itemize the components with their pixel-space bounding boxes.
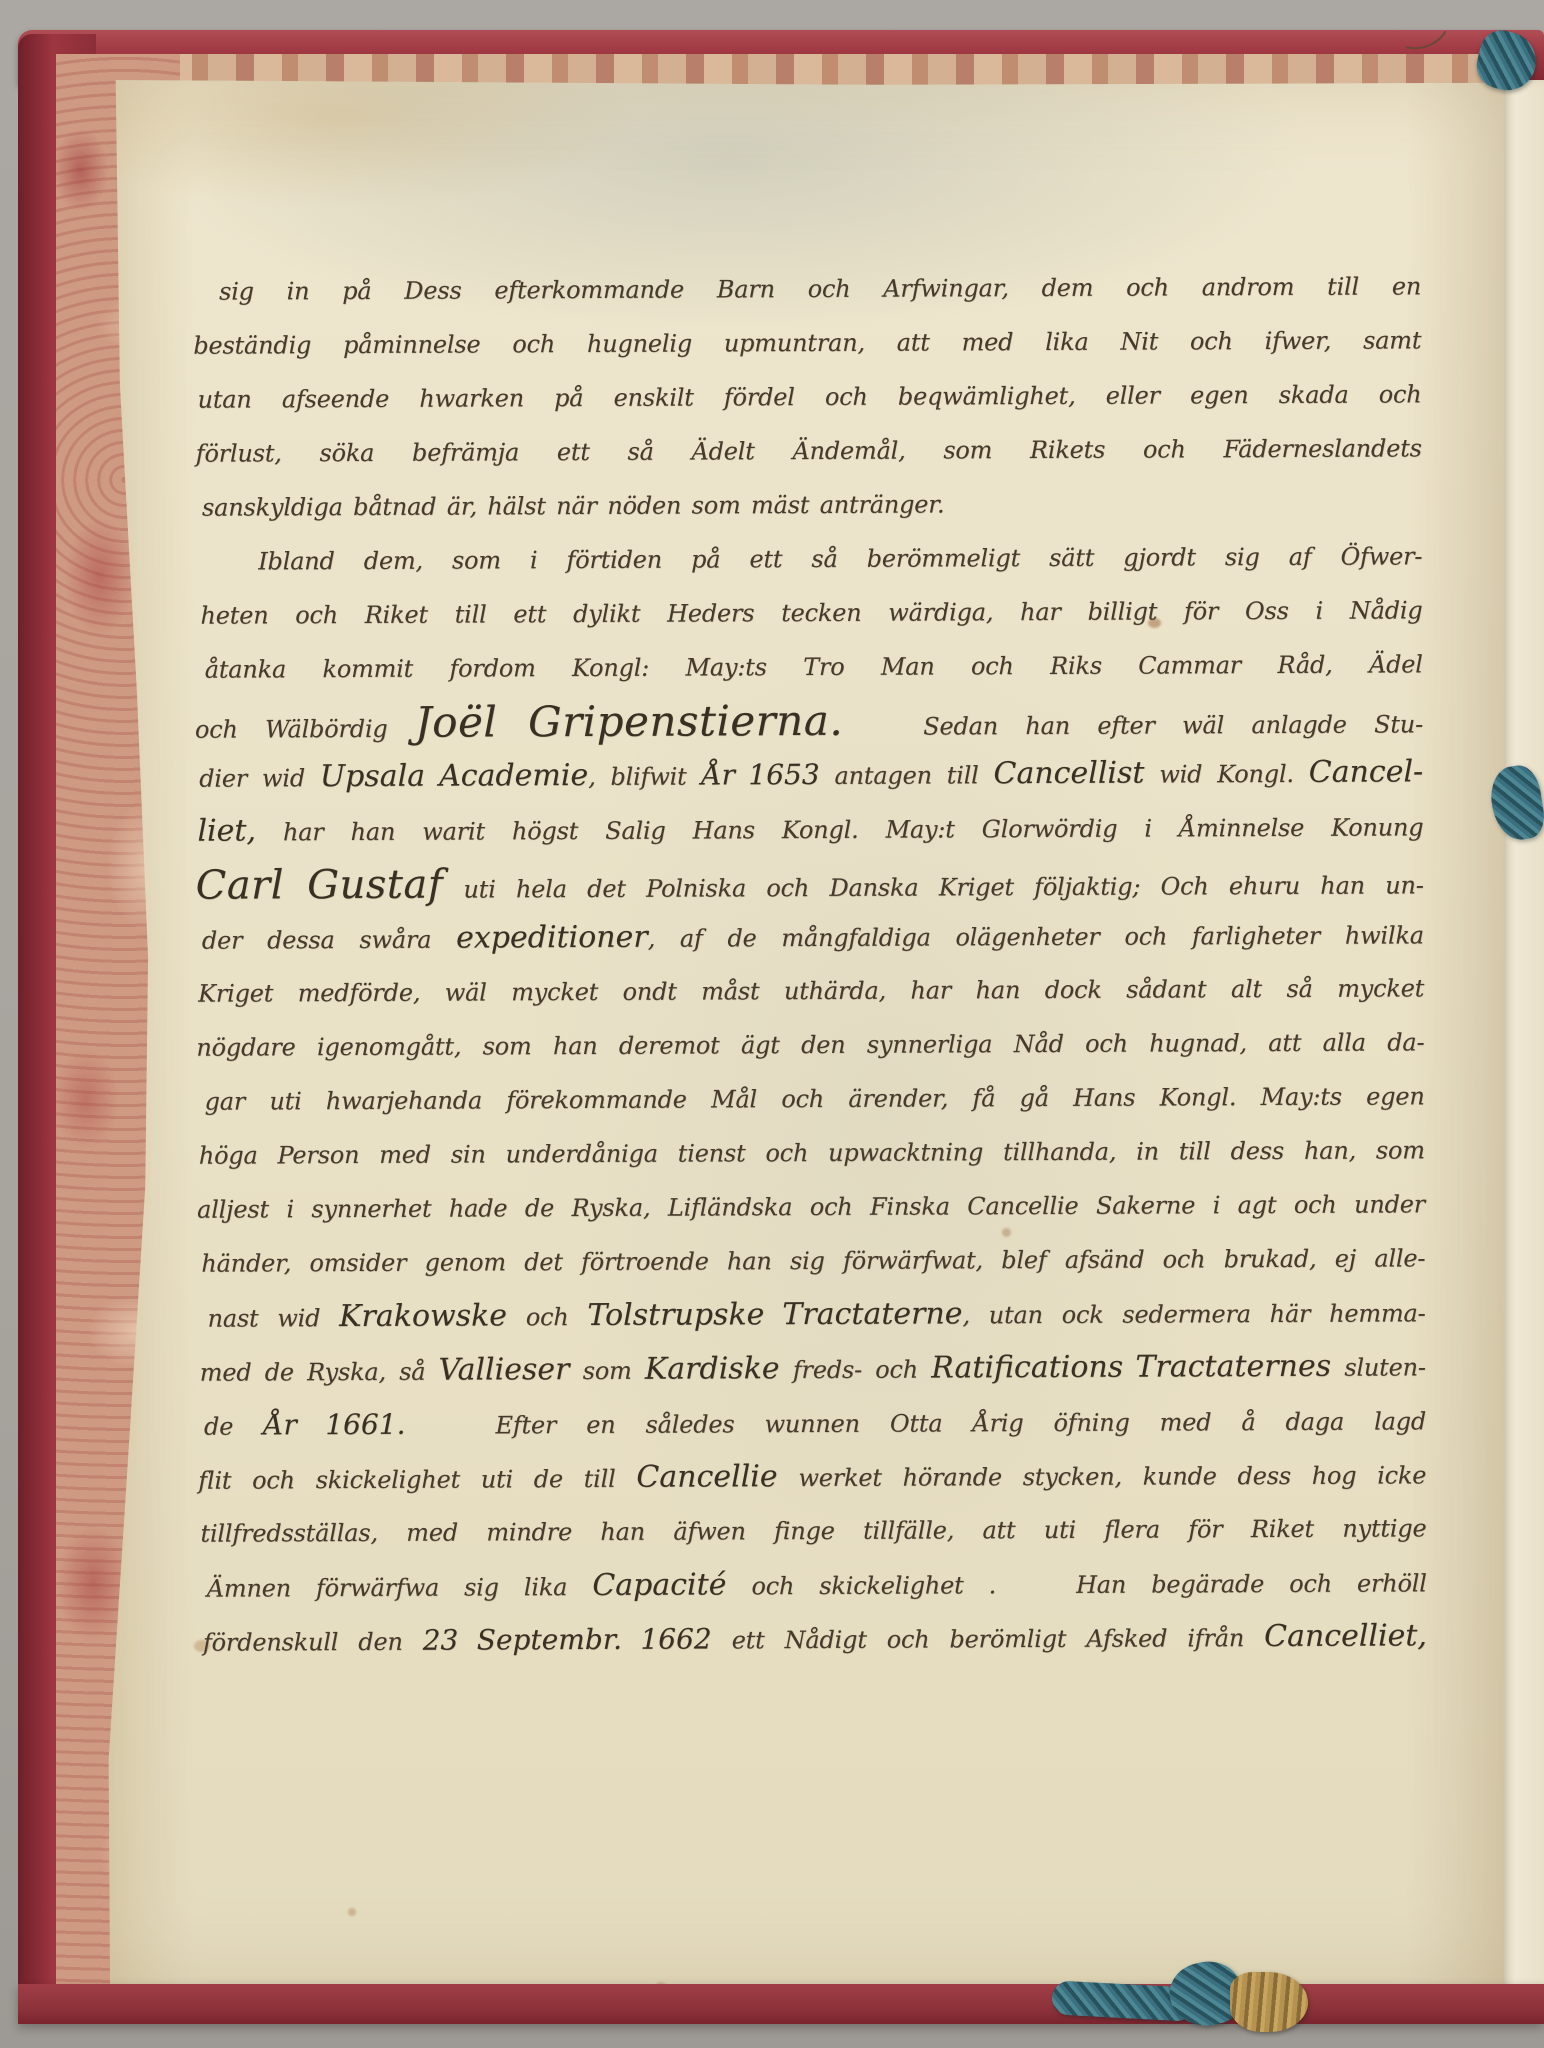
manuscript-line: utan afseende hwarken på enskilt fördel … [193, 367, 1421, 426]
manuscript-segment: sluten- [1331, 1353, 1426, 1381]
manuscript-line: tillfredsställas, med mindre han äfwen f… [198, 1501, 1426, 1560]
manuscript-segment: antagen till [820, 761, 994, 790]
manuscript-segment: wid Kongl. [1144, 760, 1308, 789]
manuscript-segment: dier wid [199, 764, 320, 793]
manuscript-segment: med de Ryska, så [200, 1358, 439, 1387]
manuscript-line: med de Ryska, så Vallieser som Kardiske … [198, 1339, 1426, 1398]
manuscript-segment: beständig påminnelse och hugnelig upmunt… [193, 326, 1421, 359]
manuscript-segment: Upsala Academie [320, 758, 588, 794]
manuscript-segment: och Wälbördig [195, 715, 415, 744]
manuscript-segment: , blifwit [588, 762, 701, 790]
foxing-stain [348, 1908, 356, 1916]
manuscript-line: nast wid Krakowske och Tolstrupske Tract… [197, 1285, 1425, 1344]
manuscript-line: höga Person med sin underdåniga tienst o… [197, 1123, 1425, 1182]
manuscript-segment: Capacité [592, 1567, 726, 1603]
manuscript-line: och Wälbördig Joël Gripenstierna.Sedan h… [195, 691, 1423, 750]
manuscript-segment: , utan ock sedermera här hemma- [962, 1299, 1425, 1329]
manuscript-segment: Carl Gustaf [196, 862, 444, 909]
manuscript-segment: händer, omsider genom det förtroende han… [201, 1244, 1425, 1277]
manuscript-line: gar uti hwarjehanda förekommande Mål och… [196, 1069, 1424, 1128]
manuscript-segment: flit och skickelighet uti de till [198, 1465, 636, 1495]
manuscript-segment: nast wid [207, 1304, 339, 1333]
manuscript-segment: de [204, 1412, 263, 1440]
manuscript-segment: gar uti hwarjehanda förekommande Mål och… [205, 1082, 1425, 1115]
manuscript-line: heten och Riket till ett dylikt Heders t… [194, 583, 1422, 642]
manuscript-segment: Joël Gripenstierna. [415, 696, 844, 747]
tassel-fringe [1230, 1972, 1308, 2032]
manuscript-segment: År 1653 [701, 758, 819, 792]
manuscript-segment: alljest i synnerhet hade de Ryska, Liflä… [197, 1190, 1425, 1223]
manuscript-line: beständig påminnelse och hugnelig upmunt… [193, 313, 1421, 372]
manuscript-segment: och skickelighet . [726, 1571, 996, 1600]
facing-page-edge [1498, 80, 1544, 1988]
manuscript-segment: fördenskull den [203, 1628, 423, 1657]
manuscript-text: sig in på Dess efterkommande Barn och Ar… [193, 259, 1427, 1668]
manuscript-line: de År 1661.Efter en således wunnen Otta … [198, 1393, 1426, 1452]
manuscript-segment: Cancelliet, [1264, 1618, 1427, 1654]
manuscript-segment: Efter en således wunnen Otta Årig öfning… [495, 1407, 1426, 1439]
manuscript-segment: liet, [197, 813, 256, 848]
manuscript-segment: Kriget medförde, wäl mycket ondt måst ut… [198, 974, 1424, 1007]
manuscript-segment: åtanka kommit fordom Kongl: May:ts Tro M… [205, 650, 1423, 683]
manuscript-segment: Tolstrupske Tractaterne [587, 1296, 962, 1333]
manuscript-segment: utan afseende hwarken på enskilt fördel … [197, 380, 1421, 413]
line-gap [406, 1432, 496, 1433]
manuscript-segment: nögdare igenomgått, som han deremot ägt … [196, 1028, 1424, 1061]
manuscript-line: sanskyldiga båtnad är, hälst när nöden s… [194, 475, 1422, 534]
manuscript-line: liet, har han warit högst Salig Hans Kon… [195, 799, 1423, 858]
manuscript-line: Kriget medförde, wäl mycket ondt måst ut… [196, 961, 1424, 1020]
manuscript-segment: År 1661. [263, 1408, 405, 1442]
manuscript-line: åtanka kommit fordom Kongl: May:ts Tro M… [195, 637, 1423, 696]
photo-of-manuscript-page: sig in på Dess efterkommande Barn och Ar… [0, 0, 1544, 2048]
manuscript-segment: Kardiske [645, 1351, 780, 1387]
manuscript-line: fördenskull den 23 Septembr. 1662 ett Nå… [199, 1609, 1427, 1668]
manuscript-segment: Cancellist [993, 756, 1144, 792]
manuscript-segment: Cancellie [636, 1459, 777, 1495]
manuscript-segment: Ibland dem, som i förtiden på ett så ber… [258, 542, 1422, 575]
manuscript-line: händer, omsider genom det förtroende han… [197, 1231, 1425, 1290]
manuscript-segment: ett Nådigt och berömligt Afsked ifrån [712, 1624, 1265, 1654]
manuscript-segment: har han warit högst Salig Hans Kongl. Ma… [256, 813, 1424, 846]
manuscript-segment: , af de mångfaldiga olägenheter och farl… [648, 921, 1424, 952]
manuscript-segment: 23 Septembr. 1662 [423, 1622, 712, 1656]
manuscript-line: nögdare igenomgått, som han deremot ägt … [196, 1015, 1424, 1074]
manuscript-segment: Cancel- [1309, 754, 1424, 789]
manuscript-segment: der dessa swåra [202, 926, 456, 955]
manuscript-segment: werket hörande stycken, kunde dess hog i… [778, 1461, 1427, 1492]
manuscript-segment: Vallieser [439, 1352, 570, 1388]
manuscript-line: Ibland dem, som i förtiden på ett så ber… [194, 529, 1422, 588]
manuscript-segment: som [569, 1357, 645, 1385]
line-gap [996, 1592, 1076, 1593]
manuscript-segment: Ratifications Tractaternes [931, 1349, 1331, 1386]
manuscript-segment: uti hela det Polniska och Danska Kriget … [443, 871, 1424, 903]
manuscript-segment: sig in på Dess efterkommande Barn och Ar… [219, 272, 1421, 305]
manuscript-line: Ämnen förwärfwa sig lika Capacité och sk… [199, 1555, 1427, 1614]
manuscript-line: dier wid Upsala Academie, blifwit År 165… [195, 745, 1423, 804]
manuscript-segment: Han begärade och erhöll [1076, 1569, 1427, 1599]
manuscript-line: sig in på Dess efterkommande Barn och Ar… [193, 259, 1421, 318]
manuscript-segment: freds- och [780, 1355, 932, 1384]
manuscript-segment: tillfredsställas, med mindre han äfwen f… [200, 1514, 1426, 1547]
manuscript-line: der dessa swåra expeditioner, af de mång… [196, 907, 1424, 966]
manuscript-line: förlust, söka befrämja ett så Ädelt Ände… [194, 421, 1422, 480]
manuscript-line: Carl Gustaf uti hela det Polniska och Da… [196, 853, 1424, 912]
line-gap [843, 734, 923, 735]
manuscript-line: alljest i synnerhet hade de Ryska, Liflä… [197, 1177, 1425, 1236]
manuscript-line: flit och skickelighet uti de till Cancel… [198, 1447, 1426, 1506]
manuscript-segment: expeditioner [456, 920, 648, 956]
manuscript-segment: och [507, 1303, 588, 1331]
manuscript-segment: Krakowske [339, 1298, 507, 1334]
manuscript-segment: heten och Riket till ett dylikt Heders t… [200, 596, 1422, 629]
manuscript-segment: Ämnen förwärfwa sig lika [207, 1573, 593, 1603]
manuscript-segment: Sedan han efter wäl anlagde Stu- [923, 710, 1423, 740]
manuscript-segment: förlust, söka befrämja ett så Ädelt Ände… [196, 434, 1422, 467]
manuscript-segment: sanskyldiga båtnad är, hälst när nöden s… [202, 490, 944, 521]
binding-tassel-bottom [1052, 1954, 1322, 2048]
manuscript-segment: höga Person med sin underdåniga tienst o… [199, 1136, 1425, 1169]
